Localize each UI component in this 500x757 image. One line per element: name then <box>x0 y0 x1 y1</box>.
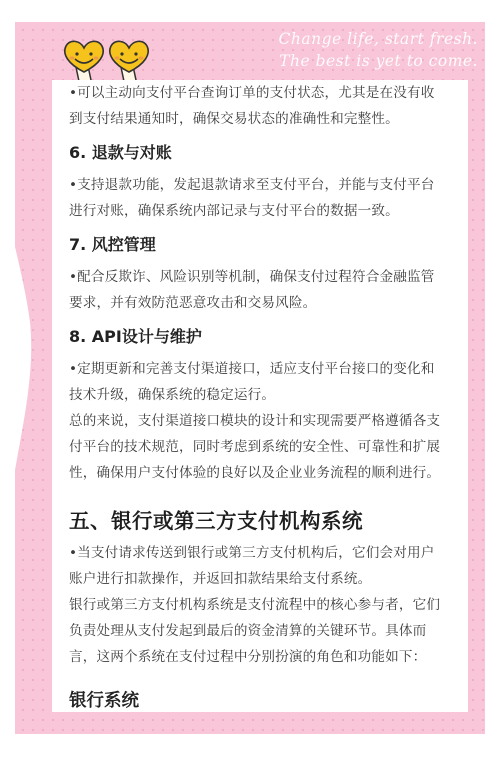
wavy-left-edge <box>0 22 60 734</box>
paragraph-line: •当支付请求传送到银行或第三方支付机构后，它们会对用户 <box>69 540 452 566</box>
paragraph-line: •支持退款功能，发起退款请求至支付平台，并能与支付平台 <box>69 172 452 198</box>
paragraph-line: 到支付结果通知时，确保交易状态的准确性和完整性。 <box>69 106 452 132</box>
paragraph-line: •定期更新和完善支付渠道接口，适应支付平台接口的变化和 <box>69 356 452 382</box>
chapter-title: 五、银行或第三方支付机构系统 <box>69 506 452 536</box>
section-heading-refund: 6. 退款与对账 <box>69 140 452 166</box>
paragraph-line: •配合反欺诈、风险识别等机制，确保支付过程符合金融监管 <box>69 264 452 290</box>
paragraph-line: 银行或第三方支付机构系统是支付流程中的核心参与者，它们 <box>69 592 452 618</box>
section-heading-api: 8. API设计与维护 <box>69 324 452 350</box>
section-heading-risk: 7. 风控管理 <box>69 232 452 258</box>
paragraph-line: 性，确保用户支付体验的良好以及企业业务流程的顺利进行。 <box>69 460 452 486</box>
paragraph-line: 账户进行扣款操作，并返回扣款结果给支付系统。 <box>69 566 452 592</box>
paragraph-line: 言，这两个系统在支付过程中分别扮演的角色和功能如下： <box>69 644 452 670</box>
paragraph-line: 进行对账，确保系统内部记录与支付平台的数据一致。 <box>69 198 452 224</box>
motto-text: Change life, start fresh. The best is ye… <box>279 28 478 72</box>
paragraph-line: 付平台的技术规范，同时考虑到系统的安全性、可靠性和扩展 <box>69 434 452 460</box>
paragraph-line: •可以主动向支付平台查询订单的支付状态，尤其是在没有收 <box>69 80 452 106</box>
paragraph-line: 要求，并有效防范恶意攻击和交易风险。 <box>69 290 452 316</box>
paragraph-line: 负责处理从支付发起到最后的资金清算的关键环节。具体而 <box>69 618 452 644</box>
content-card: •可以主动向支付平台查询订单的支付状态，尤其是在没有收 到支付结果通知时，确保交… <box>52 80 468 712</box>
paragraph-line: 总的来说，支付渠道接口模块的设计和实现需要严格遵循各支 <box>69 408 452 434</box>
paragraph-line: 技术升级，确保系统的稳定运行。 <box>69 382 452 408</box>
subheading-bank-system: 银行系统 <box>69 688 452 712</box>
